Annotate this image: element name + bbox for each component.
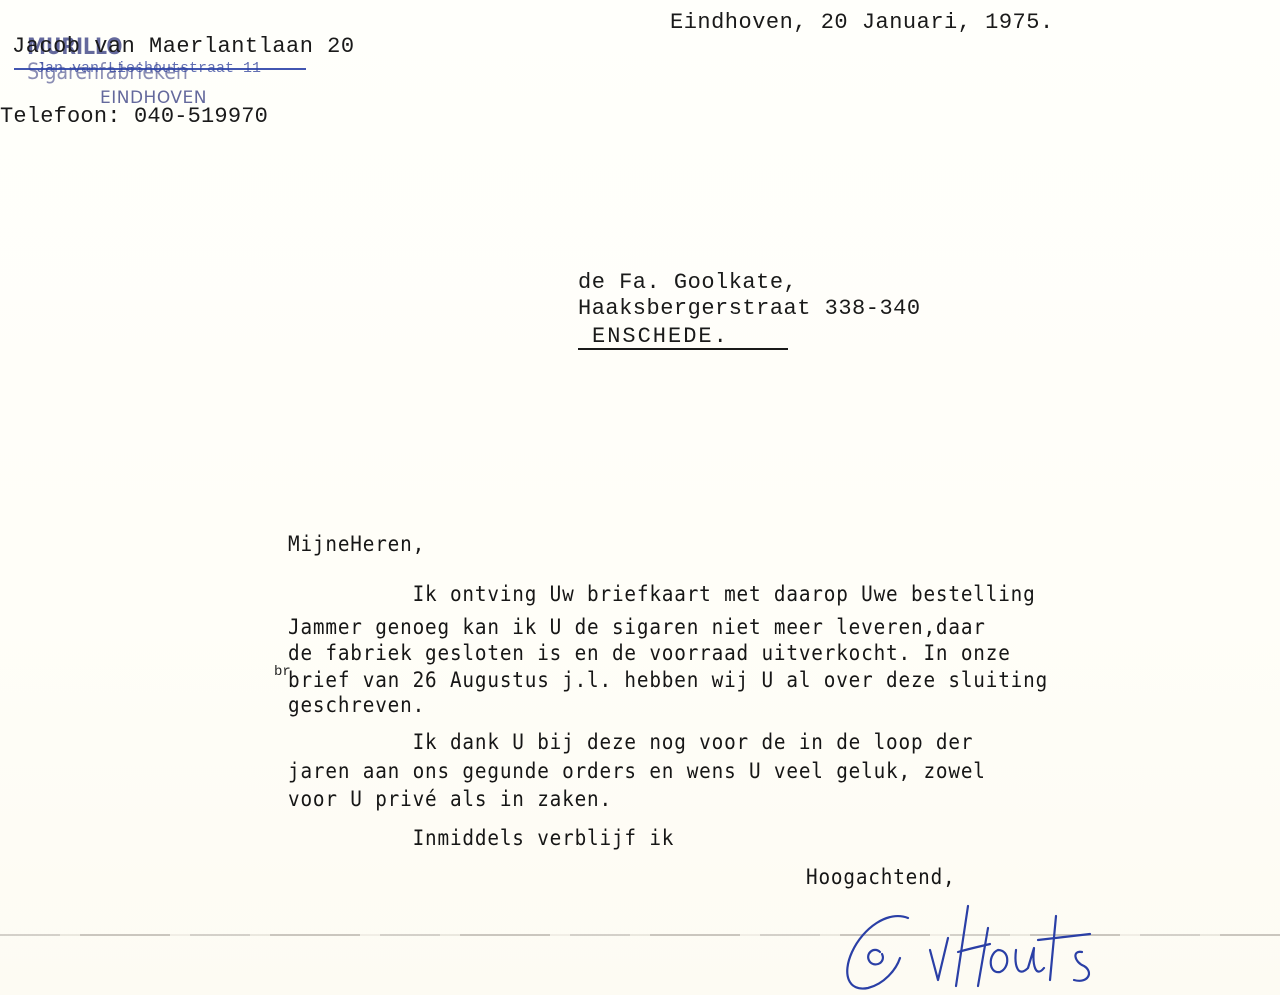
- recipient-city: ENSCHEDE.: [592, 324, 729, 349]
- body-line: voor U privé als in zaken.: [288, 787, 612, 811]
- date-line: Eindhoven, 20 Januari, 1975.: [670, 10, 1054, 35]
- recipient-city-underline: [578, 348, 788, 350]
- recipient-street: Haaksbergerstraat 338-340: [578, 296, 921, 321]
- body-line: jaren aan ons gegunde orders en wens U v…: [288, 759, 986, 783]
- signature-scribble-icon: [838, 888, 1128, 995]
- body-line: Ik dank U bij deze nog voor de in de loo…: [288, 730, 973, 754]
- closing: Hoogachtend,: [806, 865, 956, 889]
- body-line: Ik ontving Uw briefkaart met daarop Uwe …: [288, 582, 1036, 606]
- handwritten-signature: [838, 888, 1128, 995]
- recipient-name: de Fa. Goolkate,: [578, 270, 797, 295]
- strikethrough-line: [14, 68, 306, 70]
- salutation: MijneHeren,: [288, 532, 425, 556]
- body-line: geschreven.: [288, 693, 425, 717]
- body-line: Inmiddels verblijf ik: [288, 826, 674, 850]
- body-line: de fabriek gesloten is en de voorraad ui…: [288, 641, 1011, 665]
- telephone-line: Telefoon: 040-519970: [0, 104, 268, 129]
- typed-address: Jacob van Maerlantlaan 20: [12, 34, 355, 59]
- body-line: Jammer genoeg kan ik U de sigaren niet m…: [288, 615, 986, 639]
- body-line: brief van 26 Augustus j.l. hebben wij U …: [288, 668, 1048, 692]
